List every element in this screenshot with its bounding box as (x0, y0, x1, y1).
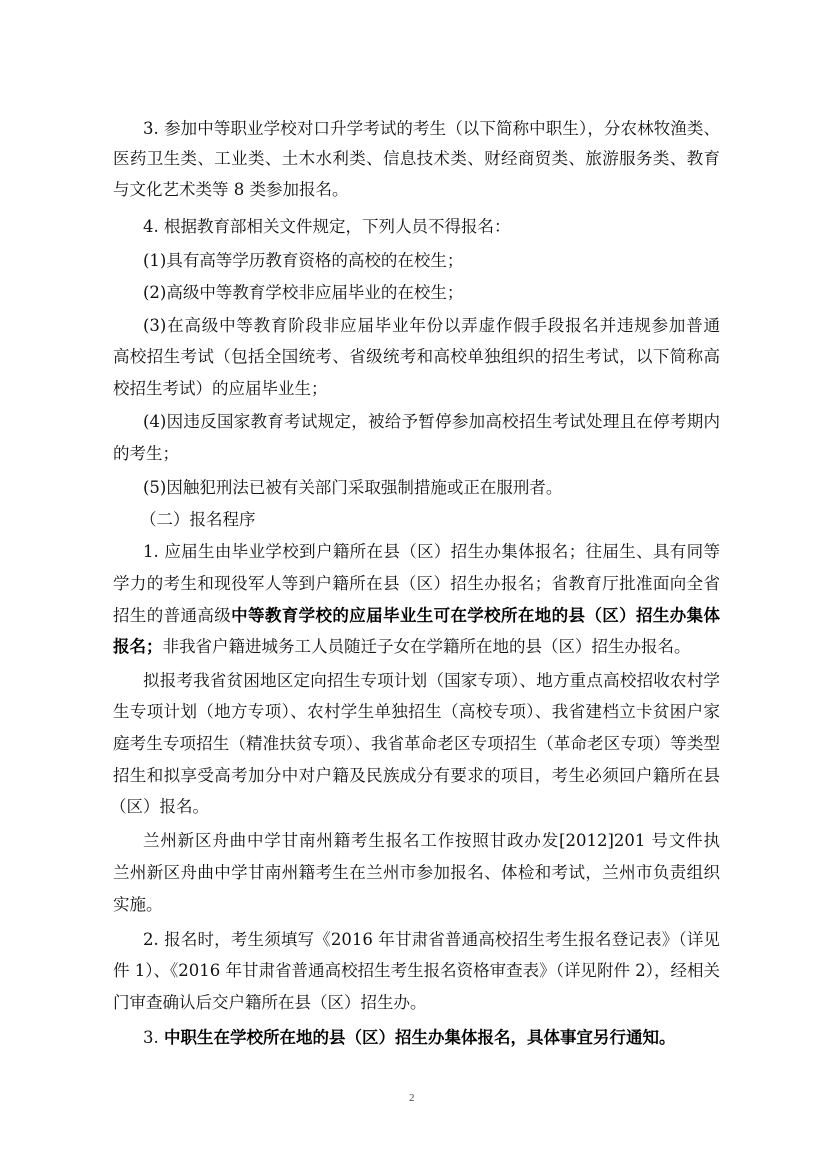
text-line: 庭考生专项招生（精准扶贫专项）、我省革命老区专项招生（革命老区专项）等类型 (113, 732, 720, 756)
text-line: 3. 中职生在学校所在地的县（区）招生办集体报名，具体事宜另行通知。 (143, 1026, 676, 1050)
text-bold: 中等教育学校的应届毕业生可在学校所在地的县（区）招生办集体 (231, 606, 720, 625)
list-item: (4)因违反国家教育考试规定，被给予暂停参加高校招生考试处理且在停考期内 (143, 410, 720, 434)
text-line: （区）报名。 (110, 795, 209, 819)
page-number: 2 (409, 1092, 415, 1104)
text-line: 拟报考我省贫困地区定向招生专项计划（国家专项）、地方重点高校招收农村学 (143, 669, 720, 693)
text-normal: 招生的普通高级 (113, 606, 231, 625)
document-page: 3. 参加中等职业学校对口升学考试的考生（以下简称中职生），分农林牧渔类、 医药… (0, 0, 826, 1169)
text-line: 1. 应届生由毕业学校到户籍所在县（区）招生办集体报名；往届生、具有同等 (143, 540, 720, 564)
text-line: 招生和拟享受高考加分中对户籍及民族成分有要求的项目，考生必须回户籍所在县 (113, 764, 720, 788)
text-line: 兰州新区舟曲中学甘南州籍考生在兰州市参加报名、体检和考试，兰州市负责组织 (113, 861, 720, 885)
text-line: 报名；非我省户籍进城务工人员随迁子女在学籍所在地的县（区）招生办报名。 (113, 635, 691, 659)
text-line: 高校招生考试（包括全国统考、省级统考和高校单独组织的招生考试，以下简称高 (113, 345, 720, 369)
list-item: (5)因触犯刑法已被有关部门采取强制措施或正在服刑者。 (143, 476, 562, 500)
text-line: 件 1）、《2016 年甘肃省普通高校招生考生报名资格审查表》（详见附件 2），… (113, 959, 720, 983)
text-line: 与文化艺术类等 8 类参加报名。 (113, 178, 349, 202)
text-line: 3. 参加中等职业学校对口升学考试的考生（以下简称中职生），分农林牧渔类、 (143, 117, 720, 141)
text-line: 医药卫生类、工业类、土木水利类、信息技术类、财经商贸类、旅游服务类、教育 (113, 147, 720, 171)
text-line: 兰州新区舟曲中学甘南州籍考生报名工作按照甘政办发[2012]201 号文件执行。 (143, 829, 720, 853)
list-item: (3)在高级中等教育阶段非应届毕业年份以弄虚作假手段报名并违规参加普通 (143, 314, 720, 338)
text-line: 招生的普通高级中等教育学校的应届毕业生可在学校所在地的县（区）招生办集体 (113, 604, 720, 628)
text-normal: 非我省户籍进城务工人员随迁子女在学籍所在地的县（区）招生办报名。 (163, 637, 691, 656)
text-line: 4. 根据教育部相关文件规定，下列人员不得报名： (143, 215, 511, 239)
text-bold: 中职生在学校所在地的县（区）招生办集体报名，具体事宜另行通知。 (164, 1028, 676, 1047)
text-bold: 报名； (113, 637, 163, 656)
text-line: 2. 报名时，考生须填写《2016 年甘肃省普通高校招生考生报名登记表》（详见附 (143, 928, 720, 952)
text-line: 学力的考生和现役军人等到户籍所在县（区）招生办报名；省教育厅批准面向全省 (113, 572, 720, 596)
text-normal: 3. (143, 1028, 164, 1047)
section-heading: （二）报名程序 (140, 508, 256, 532)
list-item: (1)具有高等学历教育资格的高校的在校生； (143, 249, 463, 273)
text-line: 实施。 (113, 893, 163, 917)
text-line: 校招生考试）的应届毕业生； (113, 377, 328, 401)
text-line: 生专项计划（地方专项）、农村学生单独招生（高校专项）、我省建档立卡贫困户家 (113, 700, 720, 724)
text-line: 的考生； (113, 442, 179, 466)
list-item: (2)高级中等教育学校非应届毕业的在校生； (143, 281, 463, 305)
text-line: 门审查确认后交户籍所在县（区）招生办。 (113, 991, 427, 1015)
